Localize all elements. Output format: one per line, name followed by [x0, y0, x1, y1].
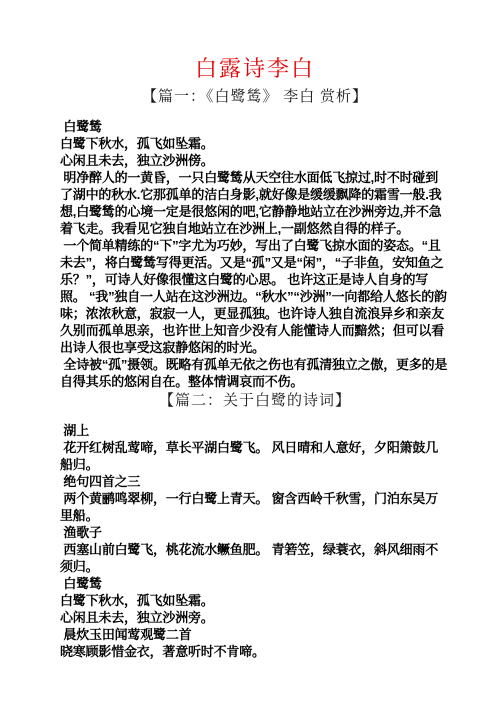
- poem-title: 白鹭鸶: [60, 575, 450, 592]
- poem-title: 渔歌子: [60, 524, 450, 541]
- poem-line: 心闲且未去，独立沙洲傍。: [60, 152, 450, 169]
- poem-title: 湖上: [60, 422, 450, 439]
- poem-line: 西塞山前白鹭飞，桃花流水鳜鱼肥。 青箬笠，绿蓑衣，斜风细雨不须归。: [60, 541, 450, 575]
- poem-title: 绝句四首之三: [60, 473, 450, 490]
- poem-title: 白鹭鸶: [60, 118, 450, 135]
- poem-line: 晓寒顾影惜金衣，著意听时不肯啼。: [60, 643, 450, 660]
- document-page: 白露诗李白 【篇一：《白鹭鸶》 李白 赏析】 白鹭鸶 白鹭下秋水，孤飞如坠霜。 …: [0, 0, 496, 702]
- poem-line: 白鹭下秋水，孤飞如坠霜。: [60, 135, 450, 152]
- poem-line: 心闲且未去，独立沙洲旁。: [60, 609, 450, 626]
- analysis-paragraph: 全诗被“孤”摄领。既略有孤单无依之伤也有孤清独立之傲，更多的是自得其乐的悠闲自在…: [60, 356, 450, 390]
- poem-line: 花开红树乱莺啼，草长平湖白鹭飞。 风日晴和人意好，夕阳箫鼓几船归。: [60, 439, 450, 473]
- poem-title: 晨炊玉田闻莺观鹭二首: [60, 626, 450, 643]
- analysis-paragraph: 一个简单精练的“下”字尤为巧妙，写出了白鹭飞掠水面的姿态。“且未去”，将白鹭鸶写…: [60, 237, 450, 356]
- poem-line: 白鹭下秋水，孤飞如坠霜。: [60, 592, 450, 609]
- section-2-heading: 【篇二：关于白鹭的诗词】: [60, 392, 450, 410]
- section-2-body: 湖上 花开红树乱莺啼，草长平湖白鹭飞。 风日晴和人意好，夕阳箫鼓几船归。 绝句四…: [60, 422, 450, 660]
- page-title: 白露诗李白: [60, 56, 450, 82]
- poem-line: 两个黄鹂鸣翠柳，一行白鹭上青天。 窗含西岭千秋雪，门泊东吴万里船。: [60, 490, 450, 524]
- analysis-paragraph: 明净醉人的一黄昏，一只白鹭鸶从天空往水面低飞掠过,时不时碰到了湖中的秋水.它那孤…: [60, 169, 450, 237]
- section-1-body: 白鹭鸶 白鹭下秋水，孤飞如坠霜。 心闲且未去，独立沙洲傍。 明净醉人的一黄昏，一…: [60, 118, 450, 390]
- section-1-heading: 【篇一：《白鹭鸶》 李白 赏析】: [60, 88, 450, 106]
